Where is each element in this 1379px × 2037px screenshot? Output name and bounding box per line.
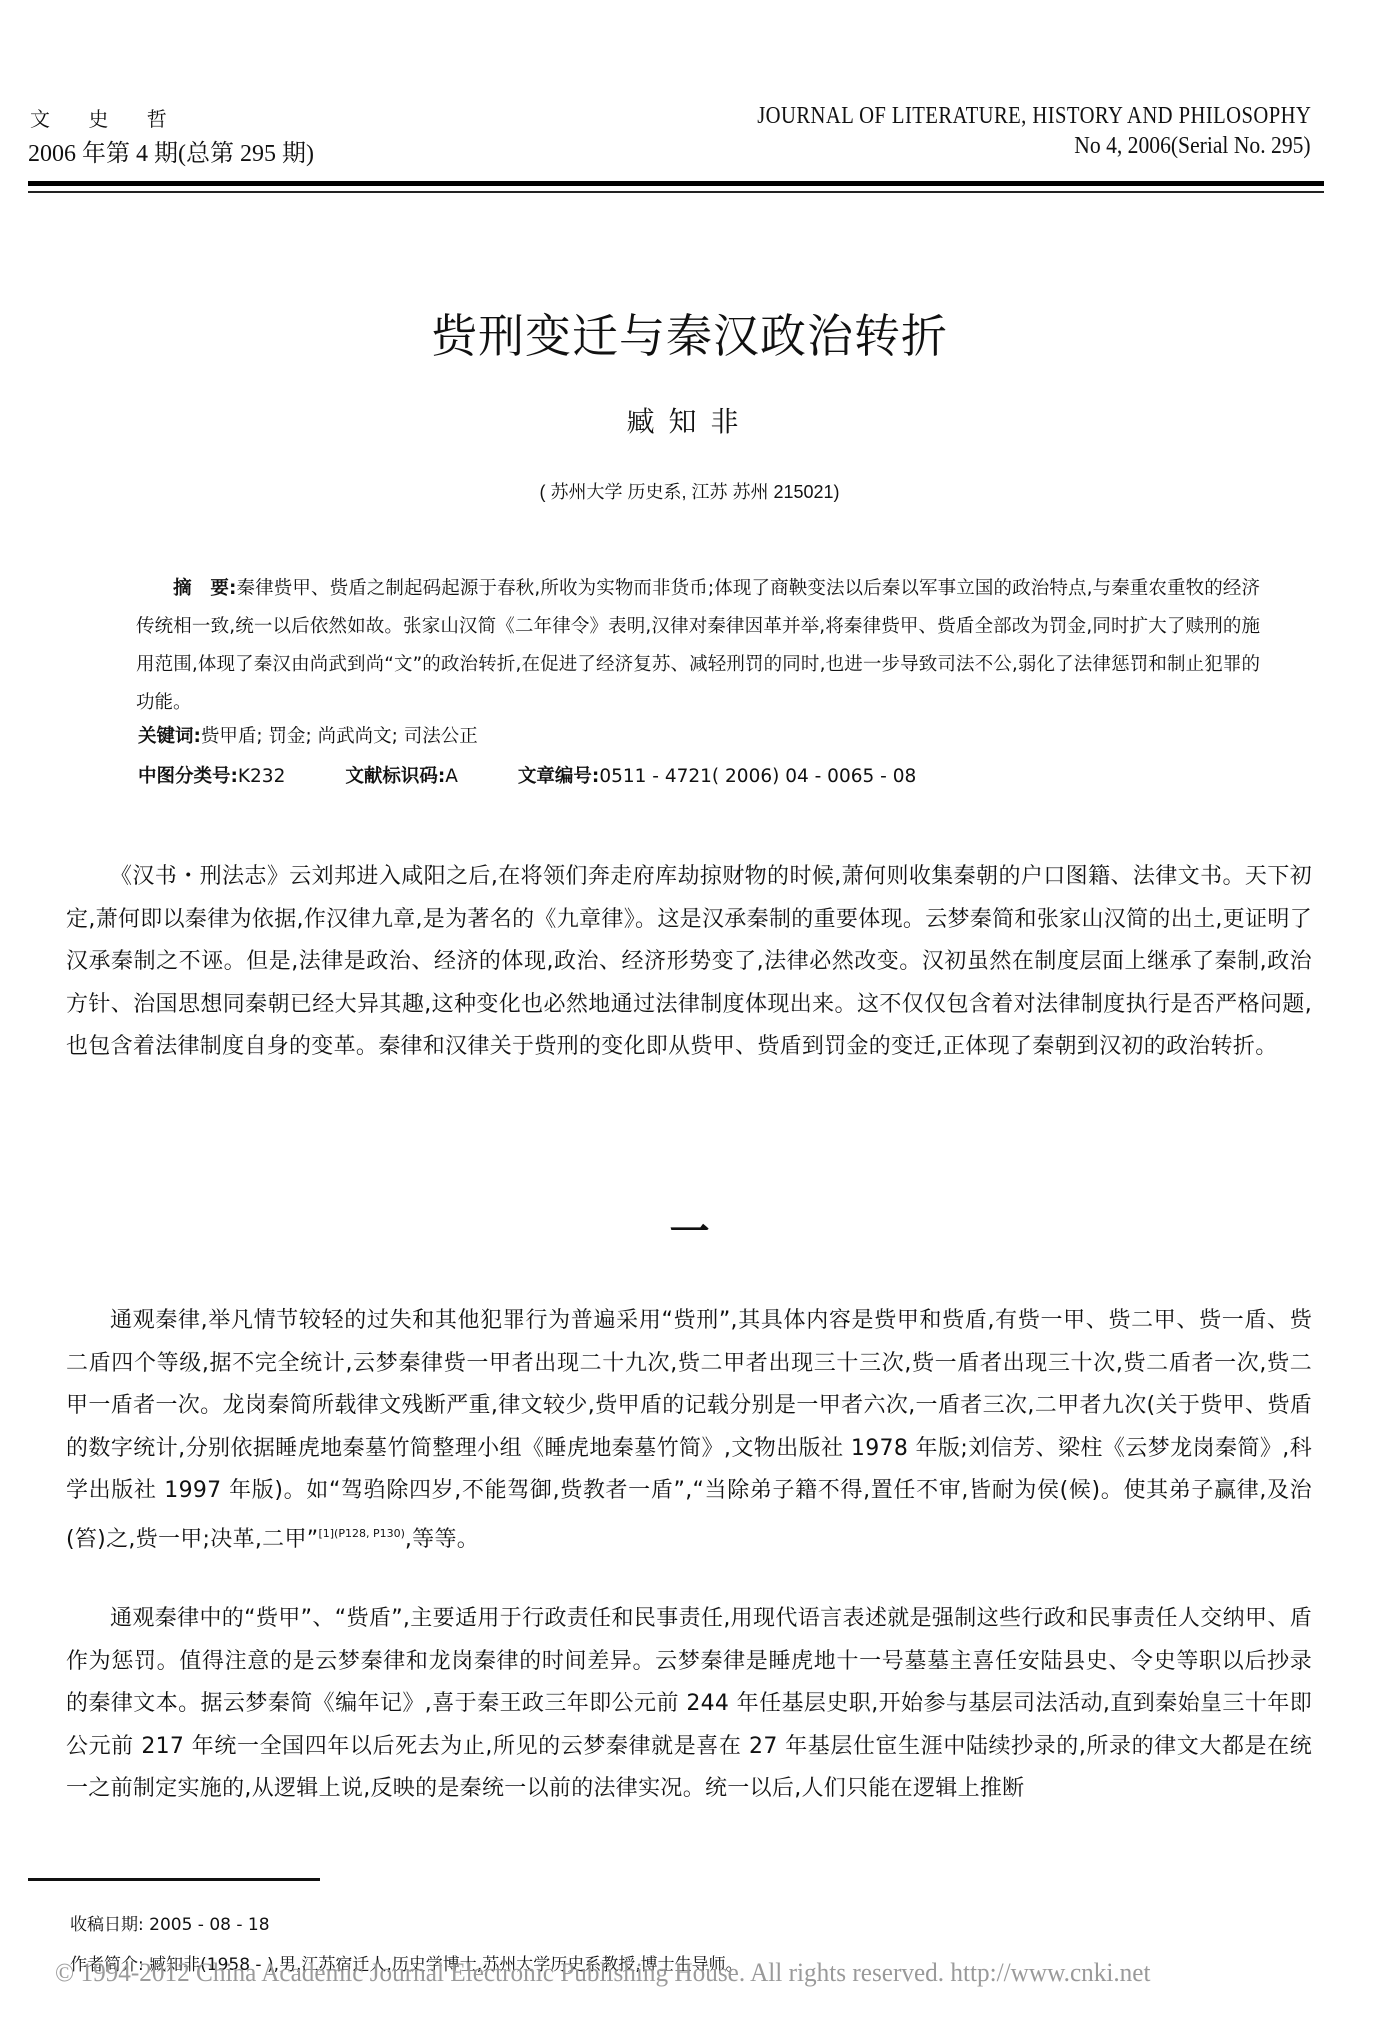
article-no-label: 文章编号:: [518, 766, 599, 787]
classification-line: 中图分类号:K232文献标识码:A文章编号:0511 - 4721( 2006)…: [138, 762, 916, 788]
article-title: 赀刑变迁与秦汉政治转折: [0, 300, 1379, 366]
para2-tail: ,等等。: [405, 1527, 479, 1552]
doc-code-value: A: [445, 766, 458, 787]
abstract-text: 秦律赀甲、赀盾之制起码起源于春秋,所收为实物而非货币;体现了商鞅变法以后秦以军事…: [136, 578, 1260, 713]
author-affiliation: ( 苏州大学 历史系, 江苏 苏州 215021): [0, 478, 1379, 504]
body-paragraph-2: 通观秦律,举凡情节较轻的过失和其他犯罪行为普遍采用“赀刑”,其具体内容是赀甲和赀…: [66, 1300, 1312, 1561]
abstract: 摘 要:秦律赀甲、赀盾之制起码起源于春秋,所收为实物而非货币;体现了商鞅变法以后…: [136, 570, 1260, 722]
keywords-value: 赀甲盾; 罚金; 尚武尚文; 司法公正: [201, 726, 478, 747]
doc-code-label: 文献标识码:: [345, 766, 445, 787]
body-paragraph-3: 通观秦律中的“赀甲”、“赀盾”,主要适用于行政责任和民事责任,用现代语言表述就是…: [66, 1598, 1312, 1811]
clc-label: 中图分类号:: [138, 766, 238, 787]
issue-info-en: No 4, 2006(Serial No. 295): [1075, 133, 1311, 160]
section-number: 一: [0, 1200, 1379, 1257]
clc-value: K232: [238, 766, 285, 787]
footnote-rule: [28, 1878, 320, 1881]
citation-ref: [1](P128, P130): [318, 1527, 404, 1540]
footnote-received-date: 收稿日期: 2005 - 08 - 18: [70, 1910, 270, 1935]
copyright-watermark: © 1994-2012 China Academic Journal Elect…: [55, 1958, 1150, 1988]
article-author: 臧知非: [0, 400, 1379, 440]
keywords-line: 关键词:赀甲盾; 罚金; 尚武尚文; 司法公正: [138, 722, 478, 748]
article-no-value: 0511 - 4721( 2006) 04 - 0065 - 08: [599, 766, 916, 787]
body-paragraph-1: 《汉书・刑法志》云刘邦进入咸阳之后,在将领们奔走府库劫掠财物的时候,萧何则收集秦…: [66, 856, 1312, 1069]
abstract-label: 摘 要:: [173, 578, 236, 599]
header-rule-thin: [28, 191, 1324, 193]
journal-name-cn: 文 史 哲: [30, 103, 183, 132]
journal-name-en: JOURNAL OF LITERATURE, HISTORY AND PHILO…: [757, 103, 1311, 130]
header-rule-thick: [28, 181, 1324, 186]
para2-text: 通观秦律,举凡情节较轻的过失和其他犯罪行为普遍采用“赀刑”,其具体内容是赀甲和赀…: [66, 1308, 1312, 1552]
keywords-label: 关键词:: [138, 726, 201, 747]
issue-info-cn: 2006 年第 4 期(总第 295 期): [28, 133, 314, 168]
